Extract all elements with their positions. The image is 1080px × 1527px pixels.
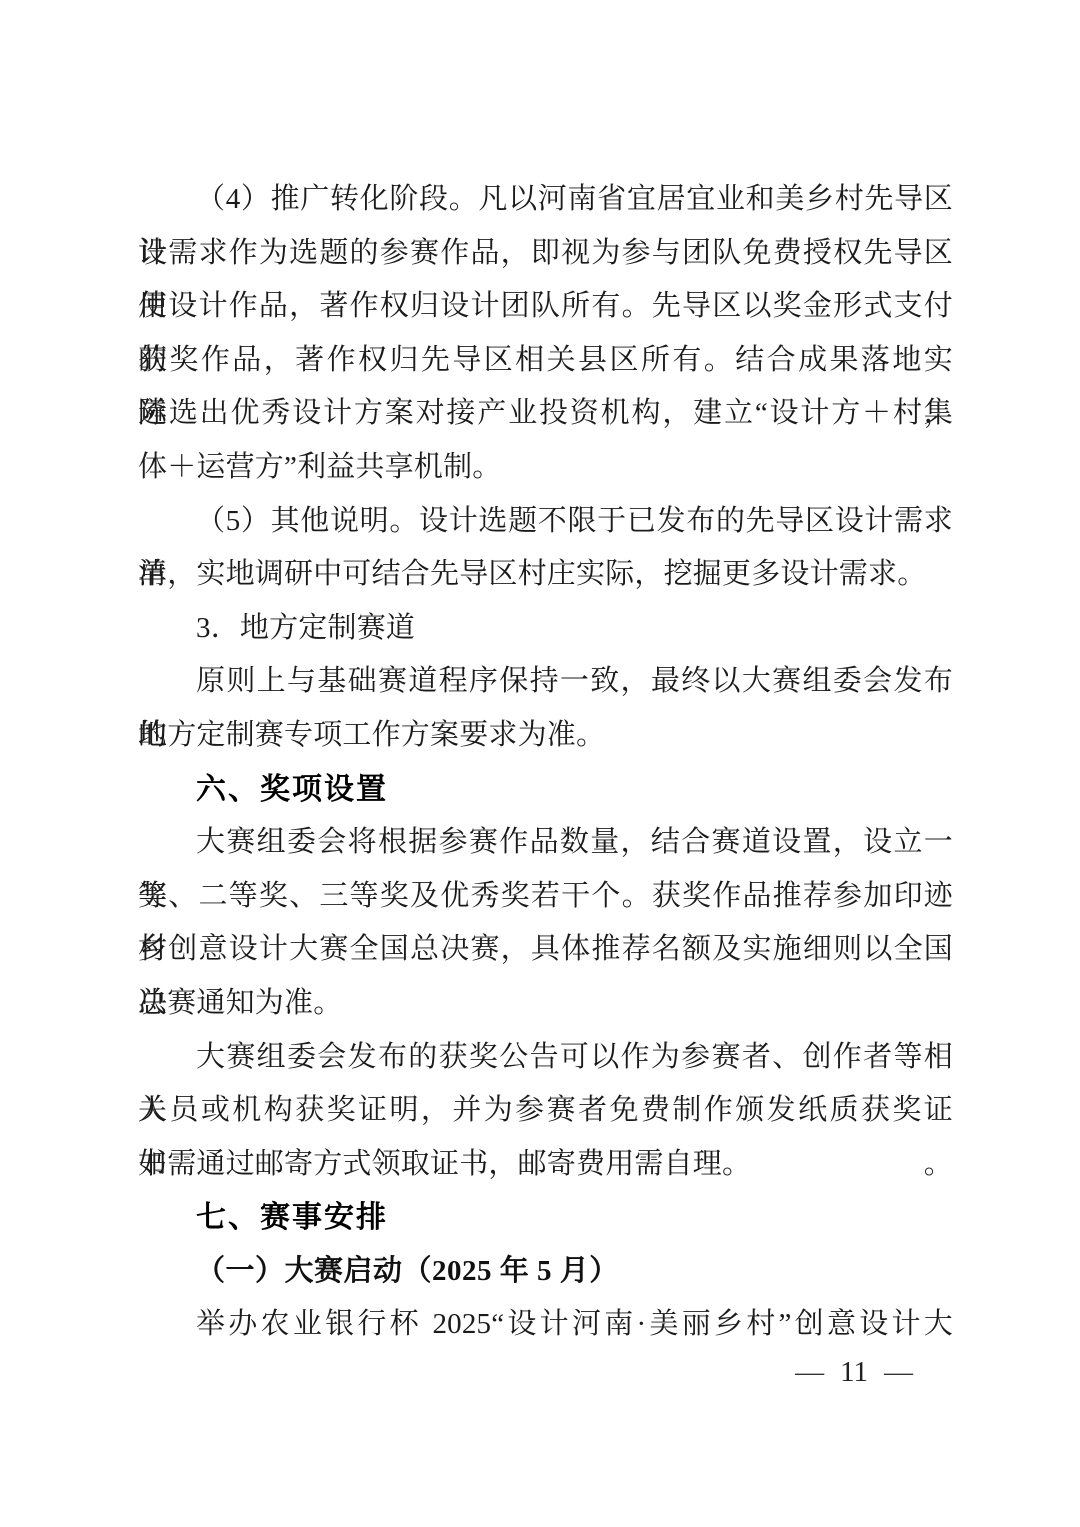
page-number: 11 bbox=[840, 1356, 868, 1388]
body-line: 遴选出优秀设计方案对接产业投资机构，建立“设计方＋村集 bbox=[138, 387, 953, 441]
body-line: 获奖作品，著作权归先导区相关县区所有。结合成果落地实际， bbox=[138, 334, 953, 388]
body-line: 村创意设计大赛全国总决赛，具体推荐名额及实施细则以全国总 bbox=[138, 923, 953, 977]
body-line: 地方定制赛专项工作方案要求为准。 bbox=[138, 709, 953, 763]
page-footer: — 11 — bbox=[795, 1356, 913, 1388]
body-line: 单，实地调研中可结合先导区村庄实际，挖掘更多设计需求。 bbox=[138, 548, 953, 602]
body-line: 人员或机构获奖证明，并为参赛者免费制作颁发纸质获奖证书。 bbox=[138, 1084, 953, 1138]
body-line: 用设计作品，著作权归设计团队所有。先导区以奖金形式支付的 bbox=[138, 280, 953, 334]
body-line: （4）推广转化阶段。凡以河南省宜居宜业和美乡村先导区设 bbox=[138, 173, 953, 227]
body-line: 大赛组委会将根据参赛作品数量，结合赛道设置，设立一等 bbox=[138, 816, 953, 870]
subheading-local-track: 3．地方定制赛道 bbox=[138, 602, 953, 656]
body-line: （5）其他说明。设计选题不限于已发布的先导区设计需求清 bbox=[138, 495, 953, 549]
body-line: 奖、二等奖、三等奖及优秀奖若干个。获奖作品推荐参加印迹乡 bbox=[138, 870, 953, 924]
heading-awards-section: 六、奖项设置 bbox=[138, 763, 953, 817]
text-column: （4）推广转化阶段。凡以河南省宜居宜业和美乡村先导区设 计需求作为选题的参赛作品… bbox=[138, 173, 953, 1352]
subheading-contest-launch: （一）大赛启动（2025 年 5 月） bbox=[138, 1245, 953, 1299]
heading-schedule-section: 七、赛事安排 bbox=[138, 1191, 953, 1245]
footer-dash-right: — bbox=[884, 1356, 913, 1388]
body-line: 原则上与基础赛道程序保持一致，最终以大赛组委会发布的 bbox=[138, 655, 953, 709]
body-line: 计需求作为选题的参赛作品，即视为参与团队免费授权先导区使 bbox=[138, 227, 953, 281]
body-line: 体＋运营方”利益共享机制。 bbox=[138, 441, 953, 495]
footer-dash-left: — bbox=[795, 1356, 824, 1388]
body-line: 举办农业银行杯 2025“设计河南·美丽乡村”创意设计大 bbox=[138, 1298, 953, 1352]
document-page: （4）推广转化阶段。凡以河南省宜居宜业和美乡村先导区设 计需求作为选题的参赛作品… bbox=[0, 0, 1080, 1527]
body-line: 决赛通知为准。 bbox=[138, 977, 953, 1031]
body-line: 大赛组委会发布的获奖公告可以作为参赛者、创作者等相关 bbox=[138, 1031, 953, 1085]
